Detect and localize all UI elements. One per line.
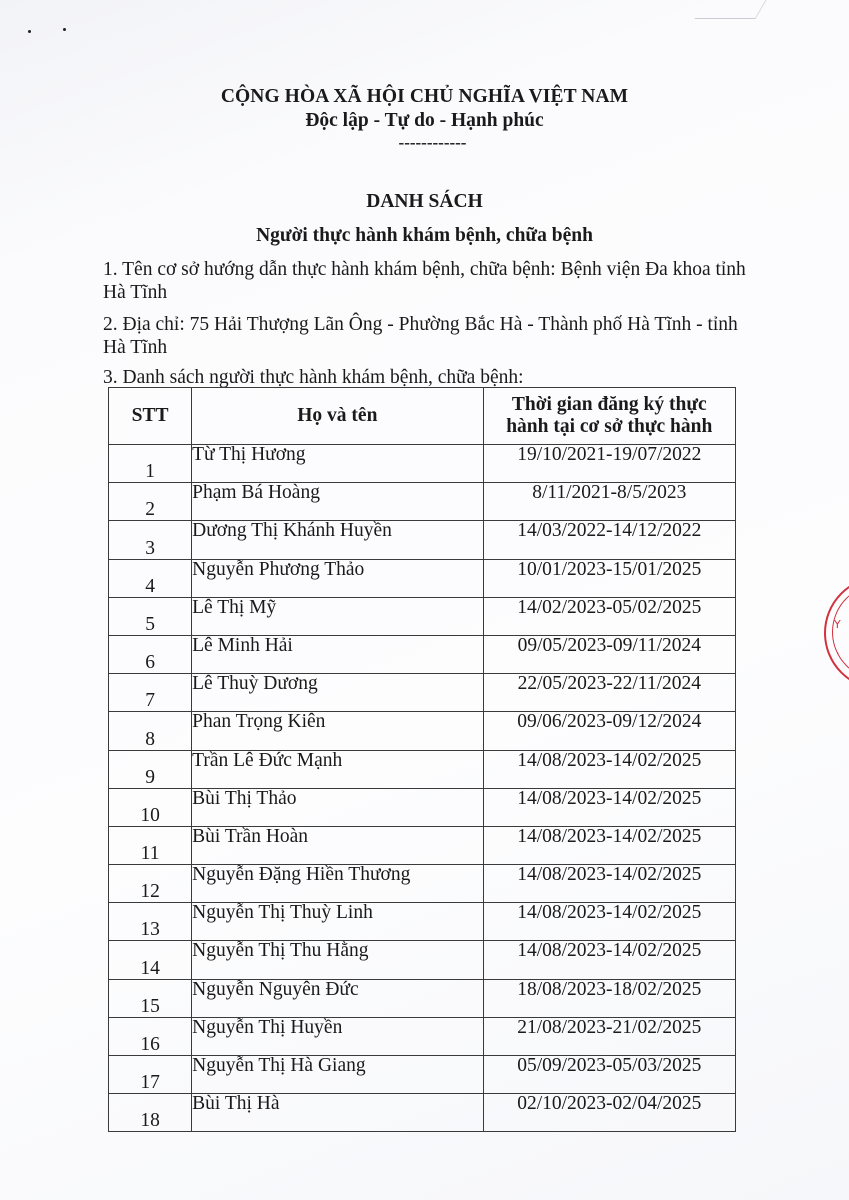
practice-period: 8/11/2021-8/5/2023	[483, 483, 735, 521]
column-header-period: Thời gian đăng ký thực hành tại cơ sở th…	[483, 388, 735, 445]
row-number: 9	[109, 750, 192, 788]
practice-period: 14/08/2023-14/02/2025	[483, 788, 735, 826]
practitioner-list-label: 3. Danh sách người thực hành khám bệnh, …	[103, 366, 763, 389]
table-row: 12Nguyễn Đặng Hiền Thương14/08/2023-14/0…	[109, 865, 736, 903]
practice-period: 10/01/2023-15/01/2025	[483, 559, 735, 597]
document-subtitle: Người thực hành khám bệnh, chữa bệnh	[0, 225, 849, 247]
row-number: 11	[109, 826, 192, 864]
table-row: 4Nguyễn Phương Thảo10/01/2023-15/01/2025	[109, 559, 736, 597]
table-row: 16Nguyễn Thị Huyền21/08/2023-21/02/2025	[109, 1017, 736, 1055]
row-number: 1	[109, 445, 192, 483]
row-number: 5	[109, 597, 192, 635]
practice-period: 14/02/2023-05/02/2025	[483, 597, 735, 635]
practitioner-name: Lê Thị Mỹ	[192, 597, 483, 635]
stamp-glyph: .	[836, 644, 840, 657]
table-row: 1Từ Thị Hương19/10/2021-19/07/2022	[109, 445, 736, 483]
row-number: 6	[109, 635, 192, 673]
table-row: 14Nguyễn Thị Thu Hằng14/08/2023-14/02/20…	[109, 941, 736, 979]
practitioner-name: Dương Thị Khánh Huyền	[192, 521, 483, 559]
document-title: DANH SÁCH	[0, 191, 849, 213]
row-number: 13	[109, 903, 192, 941]
practitioner-name: Bùi Thị Hà	[192, 1094, 483, 1132]
table-row: 8Phan Trọng Kiên09/06/2023-09/12/2024	[109, 712, 736, 750]
practitioner-name: Phạm Bá Hoàng	[192, 483, 483, 521]
practice-period: 02/10/2023-02/04/2025	[483, 1094, 735, 1132]
practice-period: 14/08/2023-14/02/2025	[483, 826, 735, 864]
practitioner-name: Nguyễn Nguyên Đức	[192, 979, 483, 1017]
row-number: 7	[109, 674, 192, 712]
practice-period: 14/08/2023-14/02/2025	[483, 903, 735, 941]
practice-period: 14/08/2023-14/02/2025	[483, 865, 735, 903]
table-row: 6Lê Minh Hải09/05/2023-09/11/2024	[109, 635, 736, 673]
practitioner-name: Nguyễn Phương Thảo	[192, 559, 483, 597]
scan-speck	[28, 30, 31, 33]
practitioner-name: Nguyễn Thị Thuỳ Linh	[192, 903, 483, 941]
practitioner-name: Trần Lê Đức Mạnh	[192, 750, 483, 788]
practitioner-name: Phan Trọng Kiên	[192, 712, 483, 750]
national-motto: Độc lập - Tự do - Hạnh phúc	[0, 110, 849, 132]
practitioner-name: Lê Thuỳ Dương	[192, 674, 483, 712]
row-number: 8	[109, 712, 192, 750]
practitioner-name: Lê Minh Hải	[192, 635, 483, 673]
row-number: 15	[109, 979, 192, 1017]
row-number: 10	[109, 788, 192, 826]
row-number: 16	[109, 1017, 192, 1055]
table-row: 11Bùi Trần Hoàn14/08/2023-14/02/2025	[109, 826, 736, 864]
row-number: 14	[109, 941, 192, 979]
row-number: 17	[109, 1056, 192, 1094]
table-row: 9Trần Lê Đức Mạnh14/08/2023-14/02/2025	[109, 750, 736, 788]
table-header-row: STT Họ và tên Thời gian đăng ký thực hàn…	[109, 388, 736, 445]
practice-period: 14/08/2023-14/02/2025	[483, 941, 735, 979]
row-number: 18	[109, 1094, 192, 1132]
practice-period: 22/05/2023-22/11/2024	[483, 674, 735, 712]
column-header-stt: STT	[109, 388, 192, 445]
table-row: 10Bùi Thị Thảo14/08/2023-14/02/2025	[109, 788, 736, 826]
practitioner-name: Từ Thị Hương	[192, 445, 483, 483]
stamp-inner-ring	[832, 584, 849, 680]
table-row: 7Lê Thuỳ Dương22/05/2023-22/11/2024	[109, 674, 736, 712]
column-header-name: Họ và tên	[192, 388, 483, 445]
practitioner-name: Nguyễn Thị Hà Giang	[192, 1056, 483, 1094]
practitioner-name: Bùi Thị Thảo	[192, 788, 483, 826]
scan-speck	[63, 28, 66, 31]
facility-address-item: 2. Địa chỉ: 75 Hải Thượng Lãn Ông - Phườ…	[103, 313, 763, 359]
row-number: 3	[109, 521, 192, 559]
stamp-glyph: Y	[834, 618, 841, 631]
practitioner-name: Nguyễn Đặng Hiền Thương	[192, 865, 483, 903]
table-row: 18Bùi Thị Hà02/10/2023-02/04/2025	[109, 1094, 736, 1132]
table-body: 1Từ Thị Hương19/10/2021-19/07/20222Phạm …	[109, 445, 736, 1132]
row-number: 4	[109, 559, 192, 597]
practitioner-name: Nguyễn Thị Thu Hằng	[192, 941, 483, 979]
practice-period: 09/05/2023-09/11/2024	[483, 635, 735, 673]
header-separator: ------------	[8, 133, 849, 153]
table-row: 3Dương Thị Khánh Huyền14/03/2022-14/12/2…	[109, 521, 736, 559]
page-fold-mark	[695, 0, 767, 19]
practitioner-name: Nguyễn Thị Huyền	[192, 1017, 483, 1055]
practitioner-name: Bùi Trần Hoàn	[192, 826, 483, 864]
practice-period: 21/08/2023-21/02/2025	[483, 1017, 735, 1055]
practice-period: 18/08/2023-18/02/2025	[483, 979, 735, 1017]
practitioner-table: STT Họ và tên Thời gian đăng ký thực hàn…	[108, 387, 736, 1132]
column-header-period-text: Thời gian đăng ký thực hành tại cơ sở th…	[489, 394, 729, 438]
table-row: 17Nguyễn Thị Hà Giang05/09/2023-05/03/20…	[109, 1056, 736, 1094]
table-row: 5Lê Thị Mỹ14/02/2023-05/02/2025	[109, 597, 736, 635]
practice-period: 14/08/2023-14/02/2025	[483, 750, 735, 788]
practice-period: 14/03/2022-14/12/2022	[483, 521, 735, 559]
row-number: 12	[109, 865, 192, 903]
facility-name-item: 1. Tên cơ sở hướng dẫn thực hành khám bệ…	[103, 258, 763, 304]
row-number: 2	[109, 483, 192, 521]
practice-period: 09/06/2023-09/12/2024	[483, 712, 735, 750]
practice-period: 19/10/2021-19/07/2022	[483, 445, 735, 483]
practice-period: 05/09/2023-05/03/2025	[483, 1056, 735, 1094]
table-row: 15Nguyễn Nguyên Đức18/08/2023-18/02/2025	[109, 979, 736, 1017]
national-title: CỘNG HÒA XÃ HỘI CHỦ NGHĨA VIỆT NAM	[0, 86, 849, 108]
table-row: 2Phạm Bá Hoàng8/11/2021-8/5/2023	[109, 483, 736, 521]
table-row: 13Nguyễn Thị Thuỳ Linh14/08/2023-14/02/2…	[109, 903, 736, 941]
